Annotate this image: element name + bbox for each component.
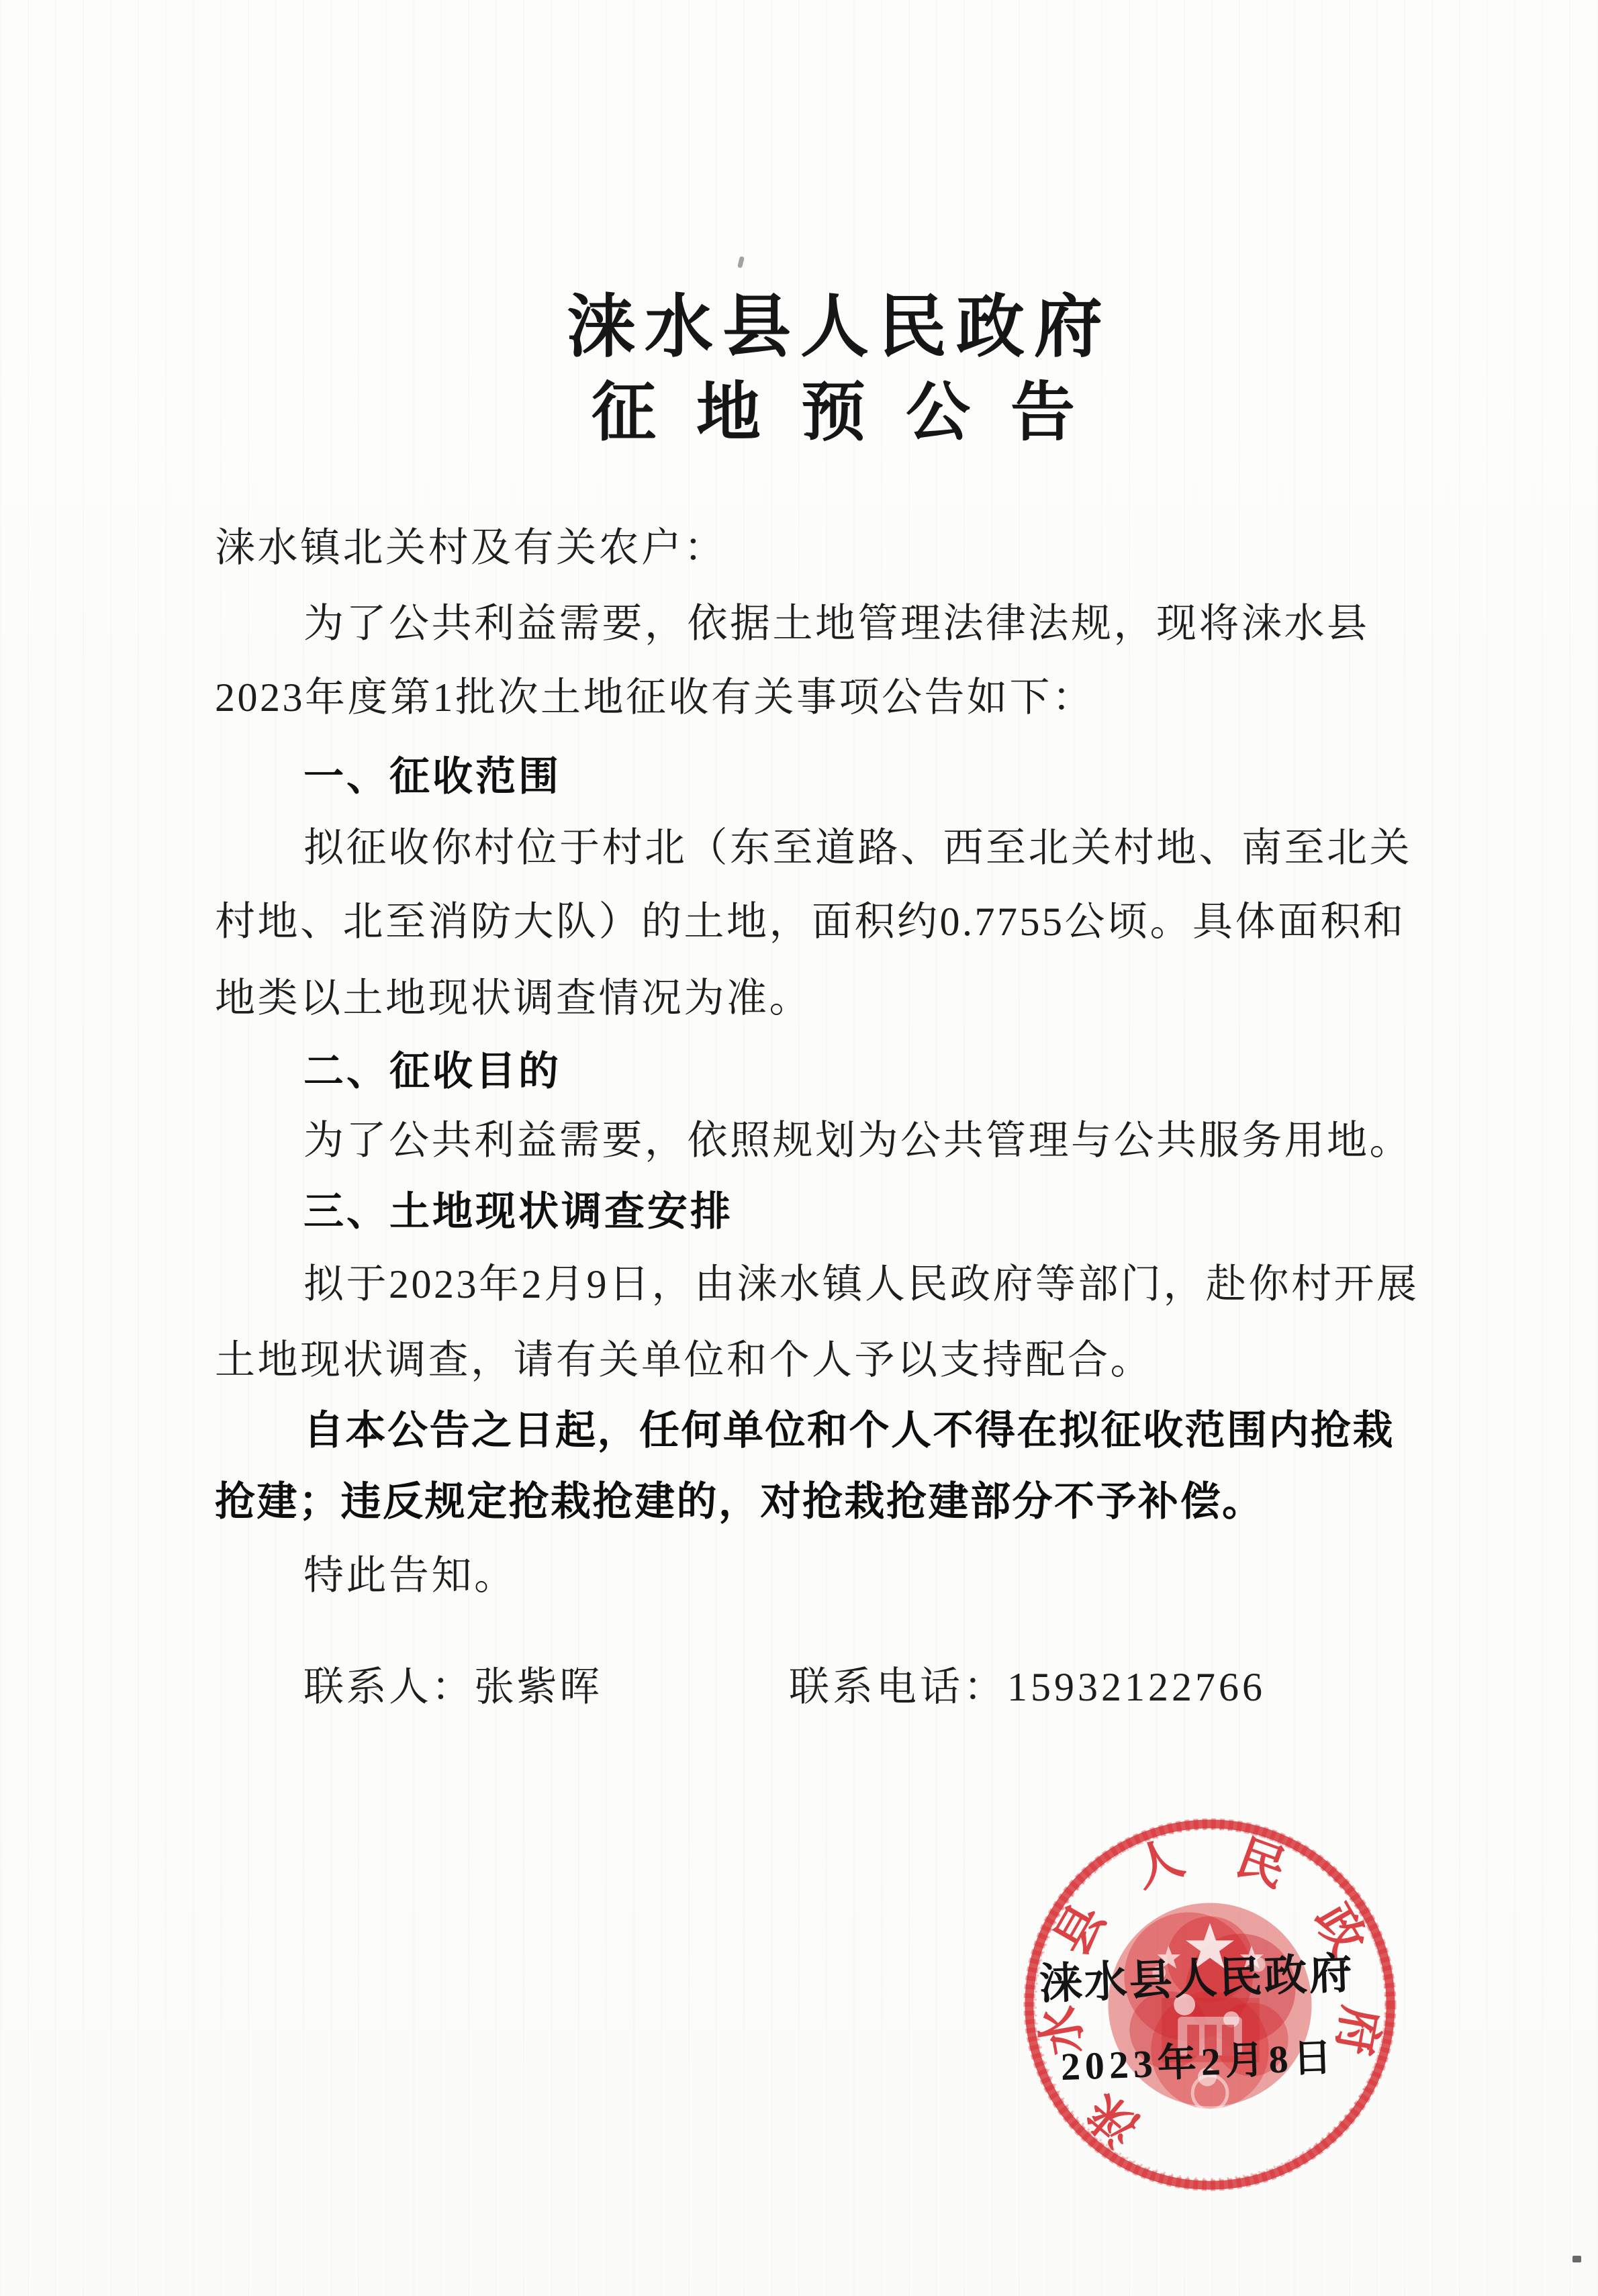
document-title-line1: 涞水县人民政府 — [81, 273, 1598, 371]
body-line-closing: 特此告知。 — [303, 1553, 517, 1598]
body-line: 为了公共利益需要，依据土地管理法律法规，现将涞水县 — [303, 602, 1370, 646]
section-heading-3: 三、土地现状调查安排 — [303, 1190, 733, 1234]
body-line: 为了公共利益需要，依照规划为公共管理与公共服务用地。 — [303, 1118, 1412, 1163]
body-line: 拟于2023年2月9日，由涞水镇人民政府等部门，赴你村开展 — [303, 1262, 1419, 1306]
body-line: 土地现状调查，请有关单位和个人予以支持配合。 — [215, 1338, 1153, 1382]
section-heading-2: 二、征收目的 — [303, 1049, 561, 1094]
signature-date: 2023年2月8日 — [1047, 2025, 1351, 2092]
body-line: 拟征收你村位于村北（东至道路、西至北关村地、南至北关 — [303, 826, 1412, 870]
warning-line: 自本公告之日起，任何单位和个人不得在拟征收范围内抢栽 — [303, 1408, 1395, 1453]
contact-phone: 联系电话：15932122766 — [789, 1665, 1266, 1709]
warning-line: 抢建；违反规定抢栽抢建的，对抢栽抢建部分不予补偿。 — [215, 1480, 1264, 1524]
document-title-line2: 征 地 预 公 告 — [81, 361, 1598, 453]
body-line: 地类以土地现状调查情况为准。 — [215, 976, 812, 1020]
section-heading-1: 一、征收范围 — [303, 755, 561, 799]
body-line: 村地、北至消防大队）的土地，面积约0.7755公顷。具体面积和 — [215, 900, 1406, 944]
scan-artifact — [1572, 2256, 1581, 2262]
signature-authority: 涞水县人民政府 — [1028, 1938, 1366, 2011]
document-page: 涞水县人民政府 征 地 预 公 告 涞水镇北关村及有关农户： 为了公共利益需要，… — [0, 0, 1598, 2296]
scan-artifact — [737, 256, 745, 268]
body-line: 2023年度第1批次土地征收有关事项公告如下： — [215, 675, 1095, 720]
contact-person: 联系人：张紫晖 — [303, 1665, 602, 1709]
body-line-salutation: 涞水镇北关村及有关农户： — [215, 526, 726, 570]
